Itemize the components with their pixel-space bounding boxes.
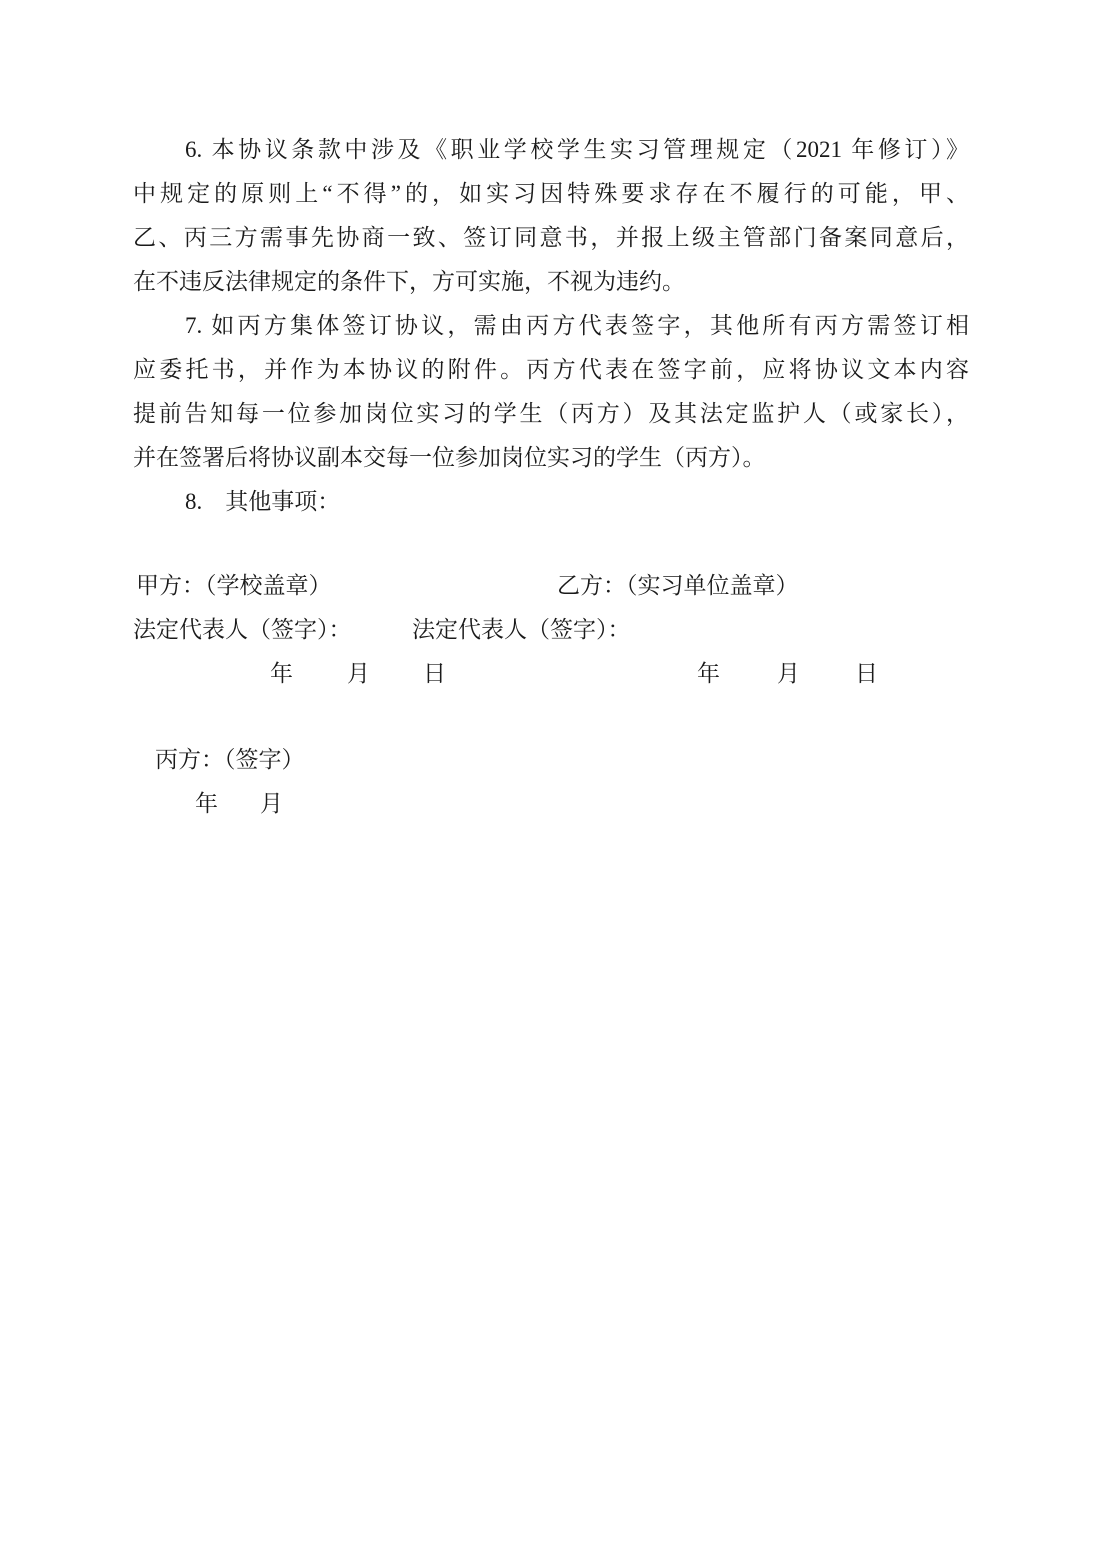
signature-row-party-c: 丙方：（签字）	[133, 738, 969, 782]
signature-row-dates: 年 月 日 年 月 日	[133, 652, 969, 696]
party-c-sign-label: 丙方：（签字）	[155, 738, 305, 782]
party-b-seal-label: 乙方：（实习单位盖章）	[557, 564, 799, 608]
date-c-month-label: 月	[260, 782, 283, 826]
clause-7-line-1: 7. 如丙方集体签订协议，需由丙方代表签字，其他所有丙方需签订相	[133, 304, 969, 348]
clause-6-line-2: 中规定的原则上“不得”的，如实习因特殊要求存在不履行的可能，甲、	[133, 172, 969, 216]
blank-line	[133, 524, 969, 564]
signature-row-party-c-date: 年 月	[133, 782, 969, 826]
clause-7-line-4: 并在签署后将协议副本交每一位参加岗位实习的学生（丙方）。	[133, 436, 969, 480]
blank-line	[133, 696, 969, 738]
date-a-month-label: 月	[347, 652, 370, 696]
date-a-year-label: 年	[270, 652, 293, 696]
clause-7-line-3: 提前告知每一位参加岗位实习的学生（丙方）及其法定监护人（或家长），	[133, 392, 969, 436]
date-b-year-label: 年	[697, 652, 720, 696]
signature-row-parties: 甲方：（学校盖章） 乙方：（实习单位盖章）	[133, 564, 969, 608]
document-page: 6. 本协议条款中涉及《职业学校学生实习管理规定（2021 年修订）》 中规定的…	[0, 0, 1102, 1559]
legal-rep-b-label: 法定代表人（签字）：	[412, 608, 631, 652]
date-a-day-label: 日	[423, 652, 446, 696]
clause-6-line-4: 在不违反法律规定的条件下，方可实施，不视为违约。	[133, 260, 969, 304]
clause-8-heading: 8. 其他事项：	[133, 480, 969, 524]
date-b-day-label: 日	[855, 652, 878, 696]
clause-6-line-1: 6. 本协议条款中涉及《职业学校学生实习管理规定（2021 年修订）》	[133, 128, 969, 172]
clause-6-line-3: 乙、丙三方需事先协商一致、签订同意书，并报上级主管部门备案同意后，	[133, 216, 969, 260]
signature-row-legal-reps: 法定代表人（签字）： 法定代表人（签字）：	[133, 608, 969, 652]
legal-rep-a-label: 法定代表人（签字）：	[133, 608, 352, 652]
clause-7-line-2: 应委托书，并作为本协议的附件。丙方代表在签字前，应将协议文本内容	[133, 348, 969, 392]
party-a-seal-label: 甲方：（学校盖章）	[136, 564, 332, 608]
date-c-year-label: 年	[195, 782, 218, 826]
date-b-month-label: 月	[777, 652, 800, 696]
